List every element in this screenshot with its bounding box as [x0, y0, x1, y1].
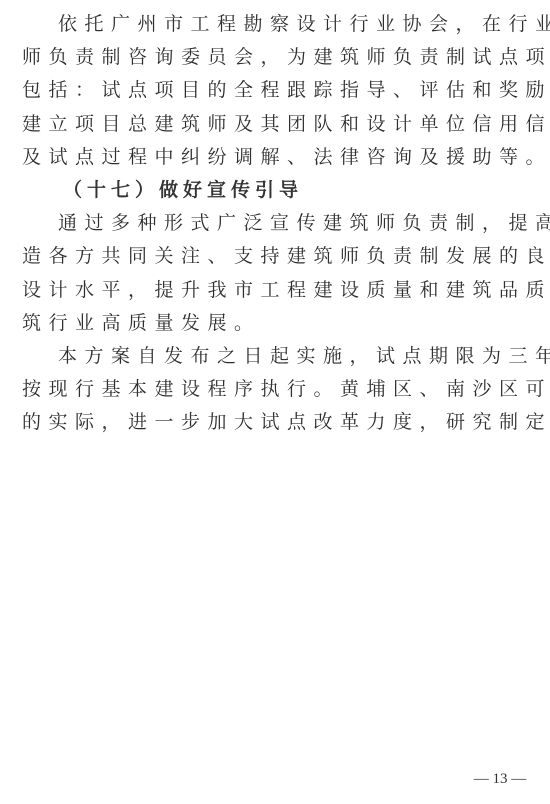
paragraph-line: 建立项目总建筑师及其团队和设计单位信用信息(诚信档案)，以 — [22, 108, 528, 141]
paragraph-line: 师负责制咨询委员会，为建筑师负责制试点项目的实施提供服务， — [22, 41, 528, 74]
paragraph-line: 的实际，进一步加大试点改革力度，研究制定试点细化落实措施。 — [22, 406, 528, 439]
paragraph-line: 依托广州市工程勘察设计行业协会，在行业组织内设置建筑 — [22, 8, 528, 41]
document-body: 依托广州市工程勘察设计行业协会，在行业组织内设置建筑 师负责制咨询委员会，为建筑… — [22, 8, 528, 439]
paragraph-line: 筑行业高质量发展。 — [22, 307, 528, 340]
paragraph-line: 设计水平，提升我市工程建设质量和建筑品质，促进我市工程建 — [22, 274, 528, 307]
document-page: 依托广州市工程勘察设计行业协会，在行业组织内设置建筑 师负责制咨询委员会，为建筑… — [0, 0, 550, 804]
paragraph-line: 通过多种形式广泛宣传建筑师负责制，提高社会认知度，营 — [22, 207, 528, 240]
section-heading: （十七）做好宣传引导 — [22, 174, 528, 207]
paragraph-line: 本方案自发布之日起实施，试点期限为三年。未尽事宜，仍 — [22, 340, 528, 373]
page-number: — 13 — — [470, 771, 530, 788]
paragraph-line: 按现行基本建设程序执行。黄埔区、南沙区可结合本地工作开展 — [22, 373, 528, 406]
paragraph-line: 包括：试点项目的全程跟踪指导、评估和奖励，技术法规的解释， — [22, 74, 528, 107]
paragraph-line: 及试点过程中纠纷调解、法律咨询及援助等。 — [22, 141, 528, 174]
paragraph-line: 造各方共同关注、支持建筑师负责制发展的良好氛围，提高工程 — [22, 240, 528, 273]
